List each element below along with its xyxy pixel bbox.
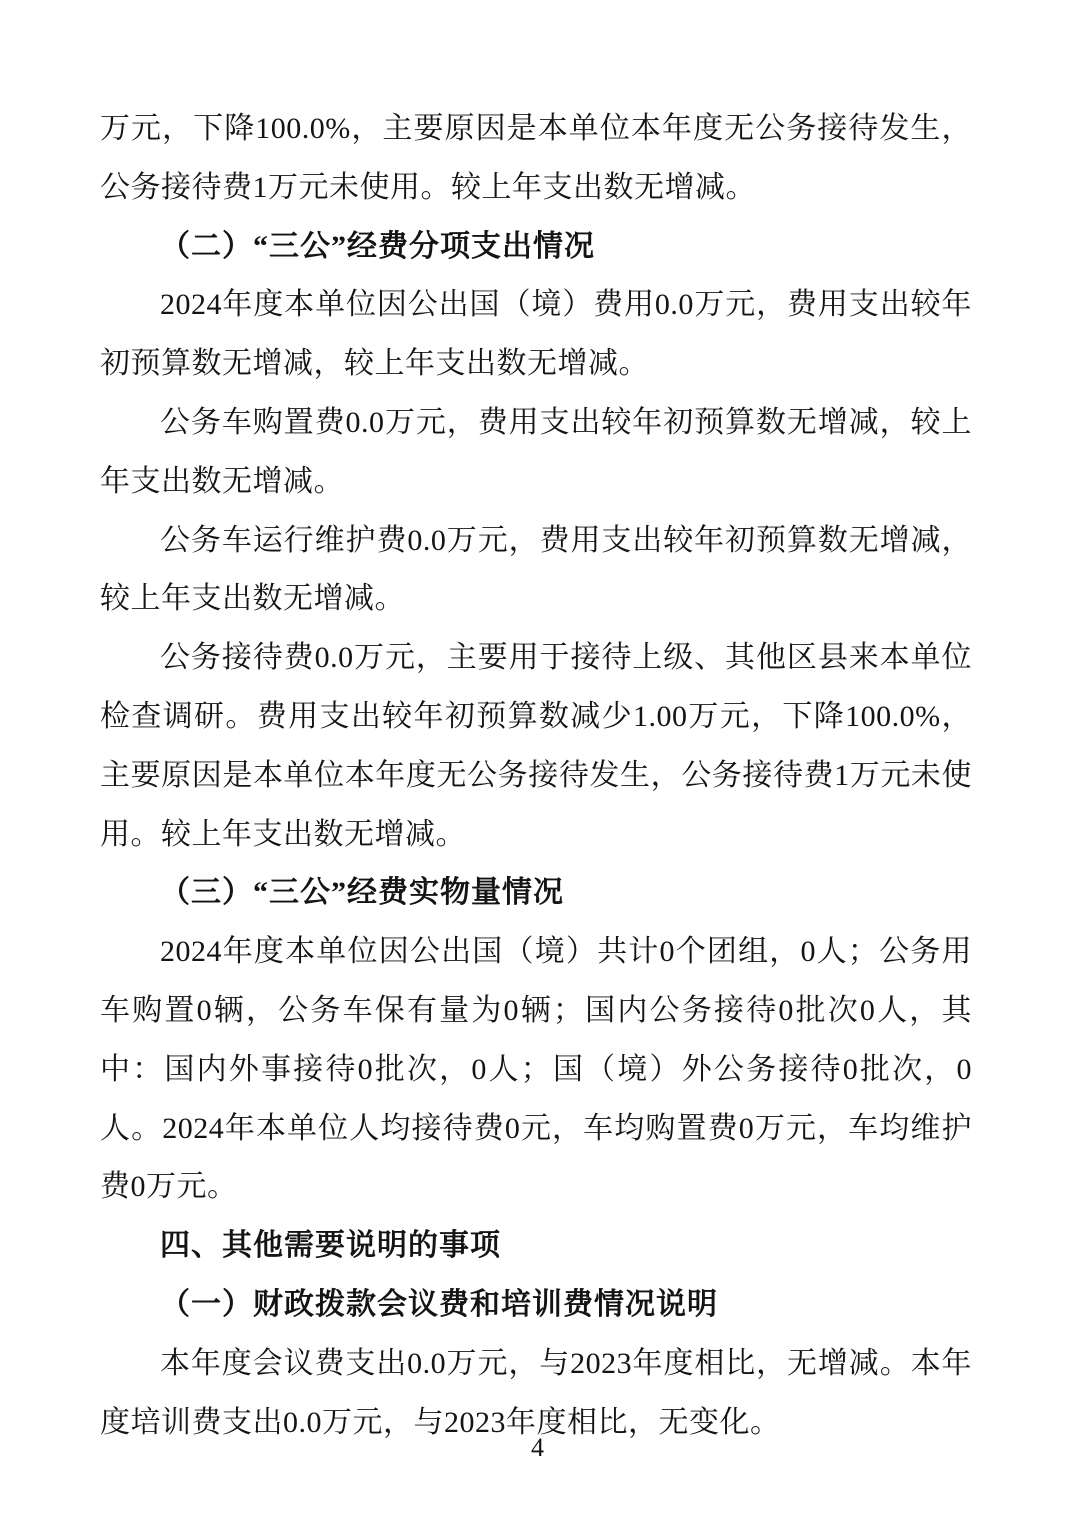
heading-subsection-two-itemized-expenses: （二）“三公”经费分项支出情况 bbox=[100, 218, 972, 277]
paragraph-reception-carryover: 万元，下降100.0%，主要原因是本单位本年度无公务接待发生，公务接待费1万元未… bbox=[100, 100, 972, 218]
heading-subsection-three-physical-quantity: （三）“三公”经费实物量情况 bbox=[100, 864, 972, 923]
paragraph-vehicle-purchase-expense: 公务车购置费0.0万元，费用支出较年初预算数无增减，较上年支出数无增减。 bbox=[100, 394, 972, 512]
paragraph-physical-quantity-details: 2024年度本单位因公出国（境）共计0个团组，0人；公务用车购置0辆，公务车保有… bbox=[100, 923, 972, 1217]
paragraph-vehicle-maintenance-expense: 公务车运行维护费0.0万元，费用支出较年初预算数无增减，较上年支出数无增减。 bbox=[100, 512, 972, 630]
document-body: 万元，下降100.0%，主要原因是本单位本年度无公务接待发生，公务接待费1万元未… bbox=[100, 100, 972, 1452]
heading-section-four-other-matters: 四、其他需要说明的事项 bbox=[100, 1217, 972, 1276]
page-number: 4 bbox=[531, 1433, 544, 1462]
paragraph-overseas-trip-expense: 2024年度本单位因公出国（境）费用0.0万元，费用支出较年初预算数无增减，较上… bbox=[100, 276, 972, 394]
page-footer: 4 bbox=[0, 1432, 1075, 1464]
document-page: 万元，下降100.0%，主要原因是本单位本年度无公务接待发生，公务接待费1万元未… bbox=[0, 0, 1075, 1520]
paragraph-official-reception-expense: 公务接待费0.0万元，主要用于接待上级、其他区县来本单位检查调研。费用支出较年初… bbox=[100, 629, 972, 864]
heading-subsection-one-meeting-training-fees: （一）财政拨款会议费和培训费情况说明 bbox=[100, 1276, 972, 1335]
